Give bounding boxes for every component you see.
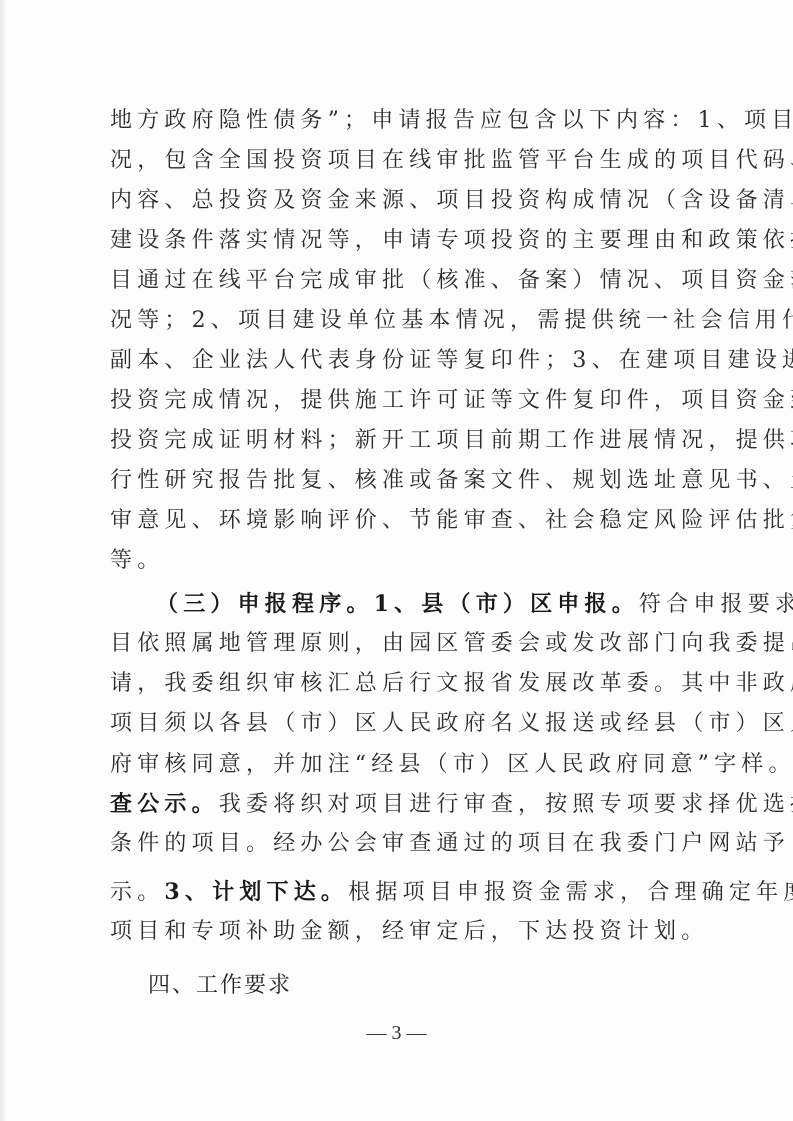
paragraph-application-report-contents: 地方政府隐性债务”；申请报告应包含以下内容：1、项目基本情 况，包含全国投资项目… (110, 101, 700, 581)
page-number: — 3 — (0, 1022, 793, 1045)
text-line: 内容、总投资及资金来源、项目投资构成情况（含设备清单）、 (110, 181, 700, 221)
document-page: 地方政府隐性债务”；申请报告应包含以下内容：1、项目基本情 况，包含全国投资项目… (0, 0, 793, 1121)
text-line: 目依照属地管理原则，由园区管委会或发改部门向我委提出申 (110, 624, 700, 664)
step-2-heading-end: 查公示。 (110, 791, 219, 817)
text-line: 目通过在线平台完成审批（核准、备案）情况、项目资金落实情 (110, 261, 700, 301)
text-run: 根据项目申报资金需求，合理确定年度支持 (348, 880, 793, 905)
paragraph-application-procedure: （三）申报程序。1、县（市）区申报。符合申报要求的项 目依照属地管理原则，由园区… (110, 584, 700, 952)
text-line: 审意见、环境影响评价、节能审查、社会稳定风险评估批复文件 (110, 501, 700, 541)
text-run: 示。 (110, 880, 164, 905)
text-run: 我委将织对项目进行审查，按照专项要求择优选择符合 (219, 792, 793, 817)
text-line: 投资完成情况，提供施工许可证等文件复印件，项目资金到位和 (110, 381, 700, 421)
text-line: 条件的项目。经办公会审查通过的项目在我委门户网站予以公 (110, 824, 700, 864)
text-line: 副本、企业法人代表身份证等复印件；3、在建项目建设进展和 (110, 341, 700, 381)
text-line: 地方政府隐性债务”；申请报告应包含以下内容：1、项目基本情 (110, 101, 700, 141)
text-line: （三）申报程序。1、县（市）区申报。符合申报要求的项 (110, 584, 700, 624)
text-run: 府审核同意，并加注“经县（市）区人民政府同意”字样。 (110, 752, 793, 777)
text-line: 请，我委组织审核汇总后行文报省发展改革委。其中非政府投资 (110, 664, 700, 704)
text-line: 查公示。我委将织对项目进行审查，按照专项要求择优选择符合 (110, 784, 700, 824)
text-line: 示。3、计划下达。根据项目申报资金需求，合理确定年度支持 (110, 872, 700, 912)
text-line: 投资完成证明材料；新开工项目前期工作进展情况，提供项目可 (110, 421, 700, 461)
document-body: 地方政府隐性债务”；申请报告应包含以下内容：1、项目基本情 况，包含全国投资项目… (110, 101, 700, 952)
section-heading-work-requirements: 四、工作要求 (148, 966, 292, 1006)
text-run: 符合申报要求的项 (639, 592, 793, 617)
text-line: 况等；2、项目建设单位基本情况，需提供统一社会信用代码证 (110, 301, 700, 341)
procedure-heading: （三）申报程序。1、县（市）区申报。 (156, 591, 639, 617)
text-line: 项目须以各县（市）区人民政府名义报送或经县（市）区人民政 (110, 704, 700, 744)
text-line: 行性研究报告批复、核准或备案文件、规划选址意见书、土地预 (110, 461, 700, 501)
text-line: 府审核同意，并加注“经县（市）区人民政府同意”字样。2、审 (110, 744, 700, 784)
page-binding-edge (0, 0, 6, 1121)
step-3-heading: 3、计划下达。 (164, 879, 348, 905)
text-line: 建设条件落实情况等，申请专项投资的主要理由和政策依据、项 (110, 221, 700, 261)
text-line: 等。 (110, 541, 700, 581)
text-line: 项目和专项补助金额，经审定后，下达投资计划。 (110, 912, 700, 952)
text-line: 况，包含全国投资项目在线审批监管平台生成的项目代码、建设 (110, 141, 700, 181)
